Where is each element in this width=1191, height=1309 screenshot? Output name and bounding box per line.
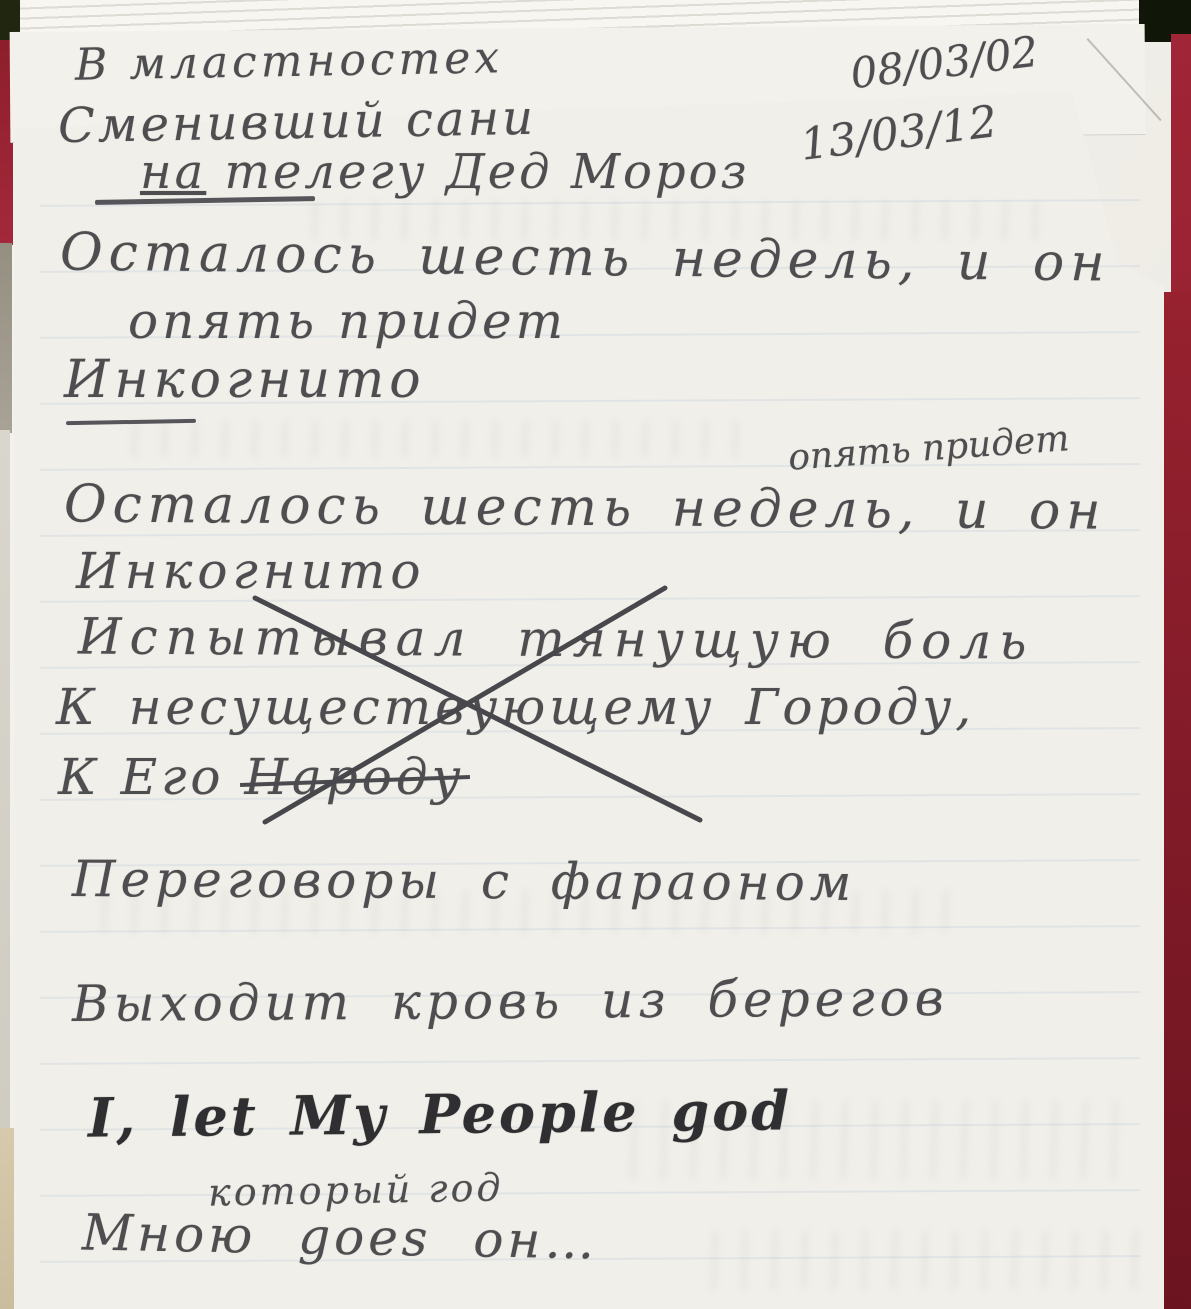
struck-word-narodu: Народу bbox=[244, 748, 464, 806]
bleed-through-smudge bbox=[700, 1230, 1160, 1290]
handwritten-line-title2: на телегу Дед Мороз bbox=[140, 144, 750, 200]
handwritten-line-verse1b: опять придет bbox=[128, 292, 567, 350]
handwritten-line-english: I, let My People god bbox=[88, 1078, 793, 1149]
page-edge-left-shadow bbox=[0, 430, 10, 1130]
handwritten-line-blood: Выходит кровь из берегов bbox=[72, 969, 949, 1033]
handwritten-line-header: В мластностех bbox=[75, 32, 504, 90]
handwritten-line-pain: Испытывал тянущую боль bbox=[78, 607, 1035, 670]
handwritten-line-city: К несуществующему Городу, bbox=[56, 678, 975, 736]
notebook-page-scan: В мластностех 08/03/02 Сменивший сани 13… bbox=[0, 0, 1191, 1309]
handwritten-line-verse2a: Осталось шесть недель, и он bbox=[64, 474, 1107, 541]
page-edge-left-grey bbox=[0, 243, 12, 433]
handwritten-line-pharaoh: Переговоры с фараоном bbox=[72, 850, 857, 912]
handwritten-line-narod: К Его Народу bbox=[58, 748, 465, 806]
handwritten-line-incognito1: Инкогнито bbox=[64, 350, 426, 410]
handwritten-line-final: Мною goes он… bbox=[82, 1203, 599, 1270]
narod-prefix: К Его bbox=[58, 748, 224, 806]
underlined-word-na: на bbox=[140, 144, 206, 200]
handwritten-line-incognito2: Инкогнито bbox=[76, 542, 425, 600]
bleed-through-smudge bbox=[120, 420, 740, 458]
title2-rest: телегу Дед Мороз bbox=[206, 144, 749, 200]
handwritten-line-verse1a: Осталось шесть недель, и он bbox=[60, 223, 1111, 294]
